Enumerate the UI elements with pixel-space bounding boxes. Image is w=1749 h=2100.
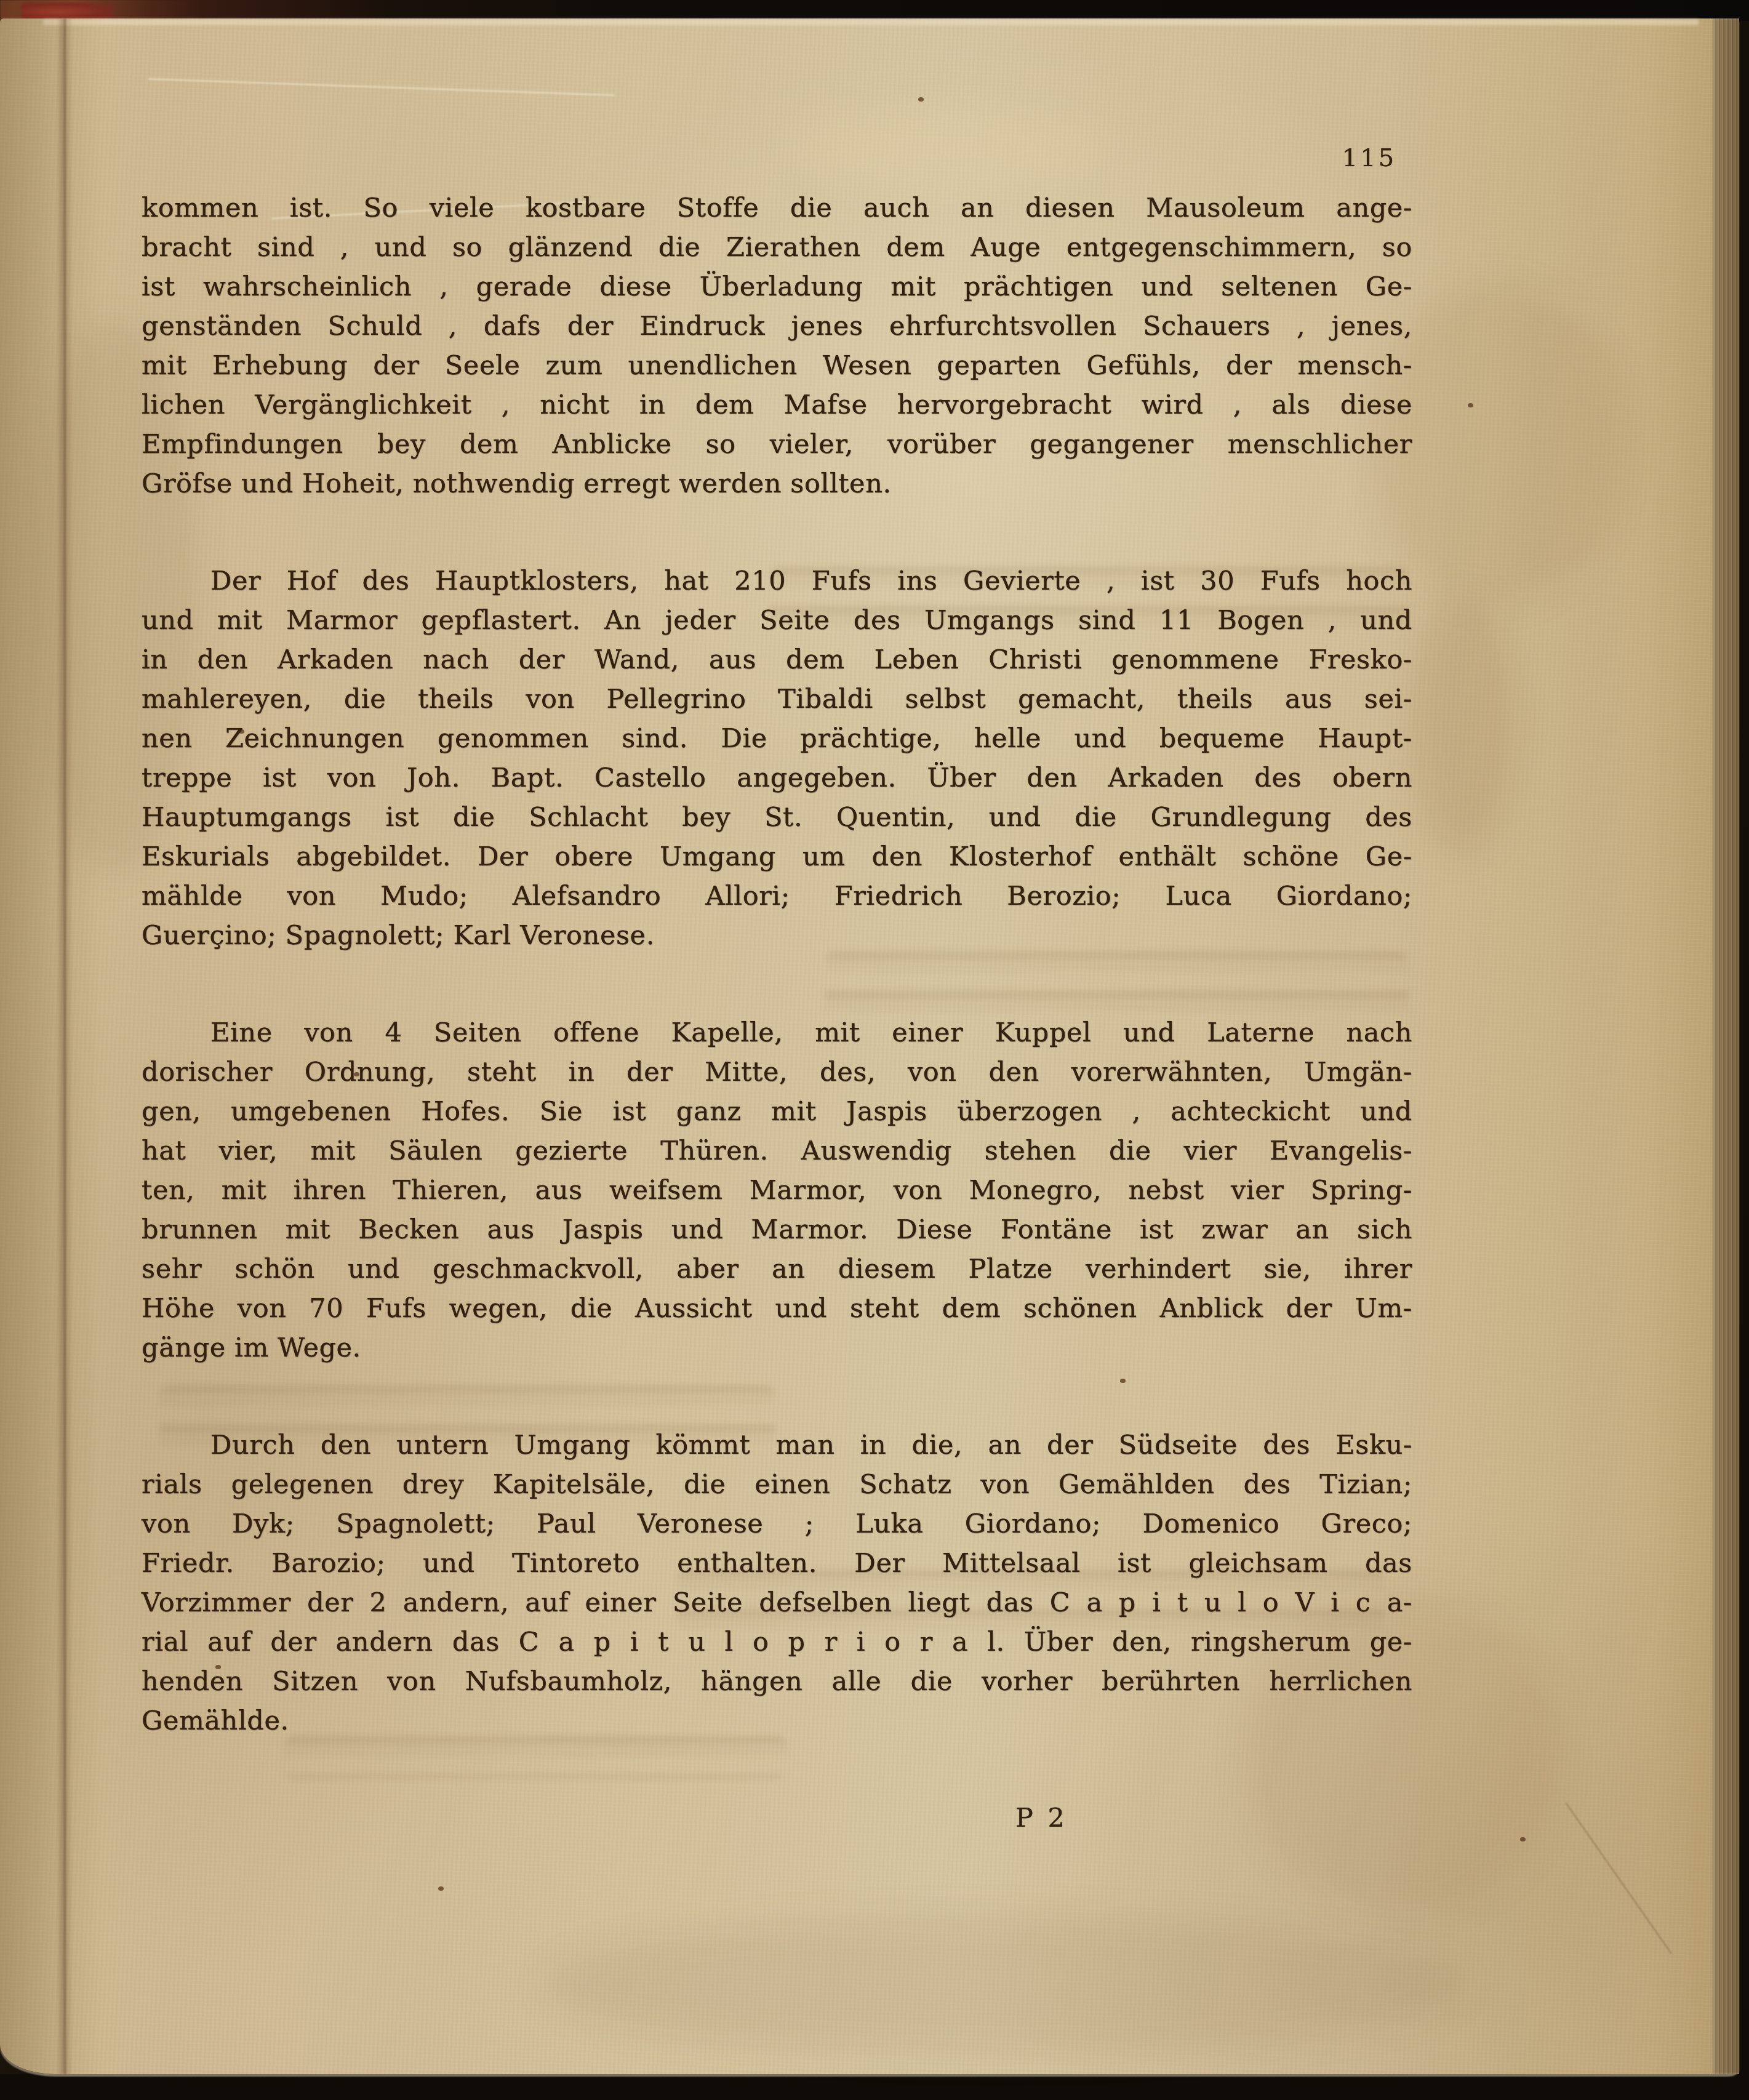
text-line: Guerçino; Spagnolett; Karl Veronese. bbox=[142, 916, 1412, 955]
text-line: mahlereyen, die theils von Pellegrino Ti… bbox=[142, 679, 1412, 719]
paragraph-4: Durch den untern Umgang kömmt man in die… bbox=[142, 1425, 1412, 1741]
text-line: Gemählde. bbox=[142, 1701, 1412, 1741]
ink-speck bbox=[1468, 403, 1473, 407]
text-line: Höhe von 70 Fufs wegen, die Aussicht und… bbox=[142, 1289, 1412, 1328]
text-line: genständen Schuld , dafs der Eindruck je… bbox=[142, 307, 1412, 346]
book-page: 115 kommen ist. So viele kostbare Stoffe… bbox=[0, 18, 1739, 2074]
text-line: rials gelegenen drey Kapitelsäle, die ei… bbox=[142, 1465, 1412, 1504]
ink-speck bbox=[918, 97, 924, 102]
paper-crease bbox=[1565, 1802, 1673, 1954]
paragraph-1: kommen ist. So viele kostbare Stoffe die… bbox=[142, 188, 1412, 503]
text-line: Friedr. Barozio; und Tintoreto enthalten… bbox=[142, 1544, 1412, 1583]
text-line: gänge im Wege. bbox=[142, 1328, 1412, 1368]
text-line: treppe ist von Joh. Bapt. Castello angeg… bbox=[142, 758, 1412, 798]
text-line: mit Erhebung der Seele zum unendlichen W… bbox=[142, 346, 1412, 385]
paper-stain bbox=[542, 1914, 1465, 2056]
text-line: hat vier, mit Säulen gezierte Thüren. Au… bbox=[142, 1131, 1412, 1171]
text-line: kommen ist. So viele kostbare Stoffe die… bbox=[142, 188, 1412, 228]
paper-stain bbox=[788, 105, 1108, 191]
text-line: sehr schön und geschmackvoll, aber an di… bbox=[142, 1249, 1412, 1289]
page-top-edge-highlight bbox=[43, 19, 1699, 25]
book-binding-top-edge bbox=[0, 0, 1749, 21]
text-line: henden Sitzen von Nufsbaumholz, hängen a… bbox=[142, 1662, 1412, 1701]
gutter-shadow bbox=[0, 18, 98, 2074]
page-number: 115 bbox=[1323, 144, 1415, 172]
text-line: brunnen mit Becken aus Jaspis und Marmor… bbox=[142, 1210, 1412, 1249]
ink-speck bbox=[438, 1886, 444, 1891]
paper-stain bbox=[1409, 591, 1514, 856]
text-line: in den Arkaden nach der Wand, aus dem Le… bbox=[142, 640, 1412, 679]
page-stack-fore-edge bbox=[1713, 18, 1739, 2074]
scanned-book-photo: 115 kommen ist. So viele kostbare Stoffe… bbox=[0, 0, 1749, 2100]
text-line: Durch den untern Umgang kömmt man in die… bbox=[142, 1425, 1412, 1465]
text-line: gen, umgebenen Hofes. Sie ist ganz mit J… bbox=[142, 1092, 1412, 1131]
text-line: Vorzimmer der 2 andern, auf einer Seite … bbox=[142, 1583, 1412, 1622]
text-line: von Dyk; Spagnolett; Paul Veronese ; Luk… bbox=[142, 1504, 1412, 1544]
page-text-block: kommen ist. So viele kostbare Stoffe die… bbox=[142, 188, 1412, 1838]
ink-speck bbox=[1520, 1837, 1526, 1842]
paragraph-2: Der Hof des Hauptklosters, hat 210 Fufs … bbox=[142, 561, 1412, 955]
text-line: Eskurials abgebildet. Der obere Umgang u… bbox=[142, 837, 1412, 876]
gutter-crease bbox=[57, 18, 73, 2074]
text-line: ist wahrscheinlich , gerade diese Überla… bbox=[142, 267, 1412, 307]
text-line: Gröfse und Hoheit, nothwendig erregt wer… bbox=[142, 464, 1412, 503]
text-line: Der Hof des Hauptklosters, hat 210 Fufs … bbox=[142, 561, 1412, 601]
text-line: Hauptumgangs ist die Schlacht bey St. Qu… bbox=[142, 798, 1412, 837]
text-line: ten, mit ihren Thieren, aus weifsem Marm… bbox=[142, 1171, 1412, 1210]
text-line: lichen Vergänglichkeit , nicht in dem Ma… bbox=[142, 385, 1412, 425]
text-line: mählde von Mudo; Alefsandro Allori; Frie… bbox=[142, 876, 1412, 916]
text-line: Empfindungen bey dem Anblicke so vieler,… bbox=[142, 425, 1412, 464]
paragraph-3: Eine von 4 Seiten offene Kapelle, mit ei… bbox=[142, 1013, 1412, 1368]
text-line: bracht sind , und so glänzend die Zierat… bbox=[142, 228, 1412, 267]
text-line: Eine von 4 Seiten offene Kapelle, mit ei… bbox=[142, 1013, 1412, 1052]
paper-crease bbox=[148, 78, 615, 97]
text-line: nen Zeichnungen genommen sind. Die präch… bbox=[142, 719, 1412, 758]
text-line: dorischer Ordnung, steht in der Mitte, d… bbox=[142, 1052, 1412, 1092]
printers-signature-mark: P 2 bbox=[142, 1798, 1412, 1838]
text-line: rial auf der andern das C a p i t u l o … bbox=[142, 1622, 1412, 1662]
text-line: und mit Marmor gepflastert. An jeder Sei… bbox=[142, 601, 1412, 640]
